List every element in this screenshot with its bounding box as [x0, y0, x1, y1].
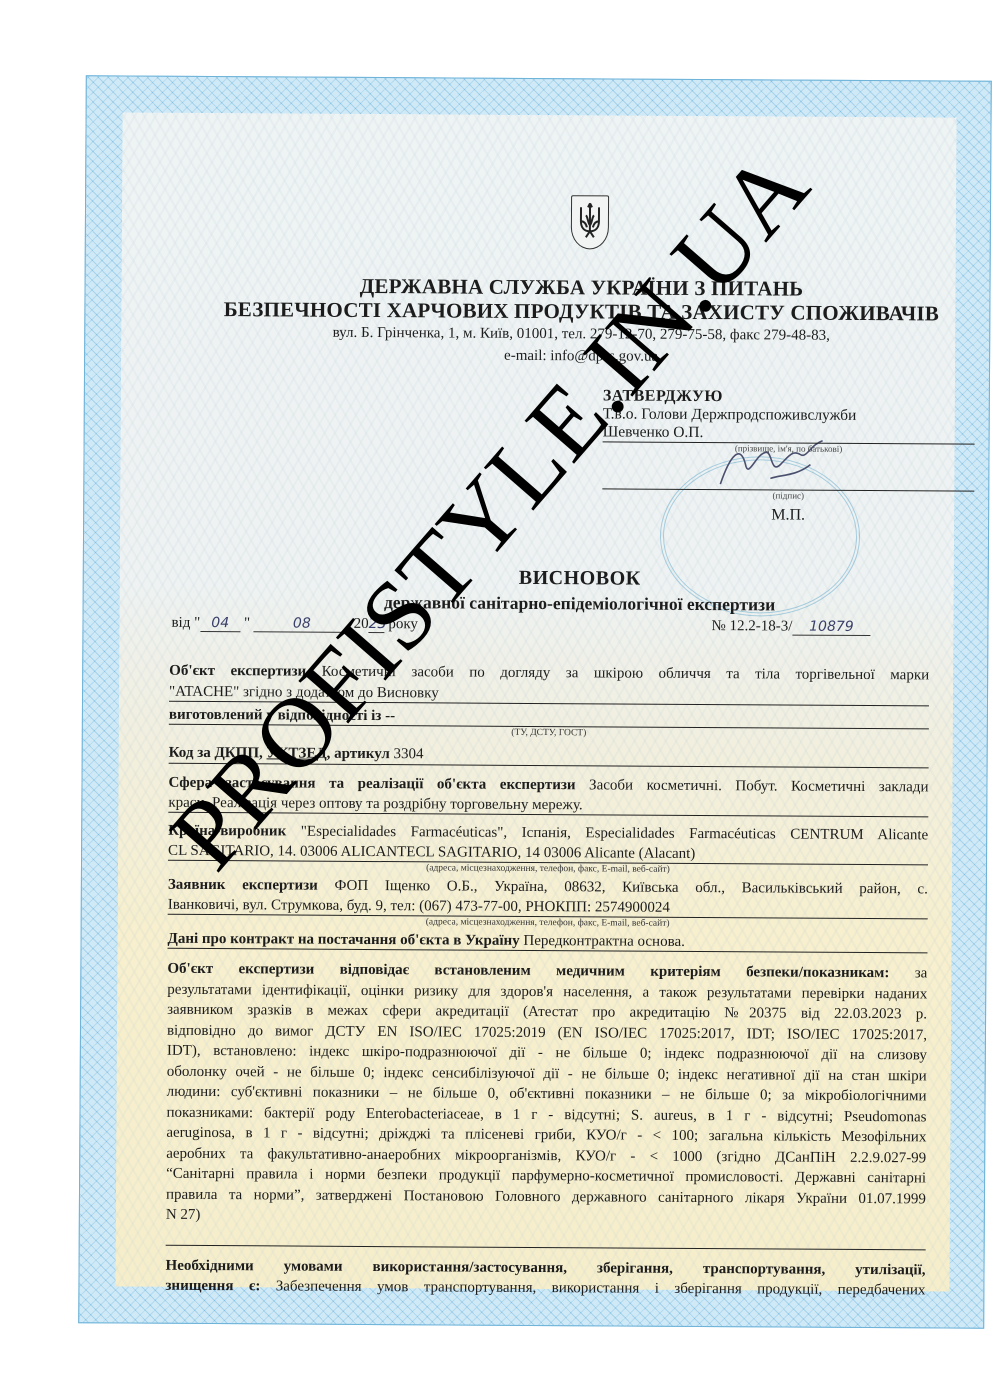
conditions-line2: знищення є: Забезпечення умов транспорту… — [165, 1276, 925, 1301]
country-label: Країна-виробник — [168, 823, 286, 840]
code-label-ukzed: УКТЗЕД — [266, 745, 326, 761]
agency-address: вул. Б. Грінченка, 1, м. Київ, 01001, те… — [201, 324, 961, 346]
seal-placeholder: М.П. — [602, 505, 974, 525]
date-year-suffix: 23 — [369, 616, 385, 633]
applicant-label: Заявник експертизи — [168, 877, 318, 894]
date-suffix: року — [388, 616, 418, 632]
document-subtitle: державної санітарно-епідеміологічної екс… — [200, 591, 960, 617]
certificate-content: ДЕРЖАВНА СЛУЖБА УКРАЇНИ З ПИТАНЬ БЕЗПЕЧН… — [165, 113, 932, 1292]
approval-block: ЗАТВЕРДЖУЮ Т.в.о. Голови Держпродспоживс… — [602, 387, 975, 525]
scope-value-line1: Засоби косметичні. Побут. Косметичні зак… — [589, 777, 929, 795]
compliance-body: результатами ідентифікації, оцінки ризик… — [173, 113, 933, 118]
conditions-label-line2: знищення є: — [165, 1278, 260, 1295]
country-value-line1: "Especialidades Farmacéuticas", Іспанія,… — [301, 824, 928, 844]
applicant-value-line1: ФОП Іщенко О.Б., Україна, 08632, Київськ… — [334, 878, 927, 898]
certificate-sheet: ДЕРЖАВНА СЛУЖБА УКРАЇНИ З ПИТАНЬ БЕЗПЕЧН… — [78, 75, 992, 1329]
compliance-text-0: за — [915, 965, 928, 981]
object-value-line1: Косметичні засоби по догляду за шкірою о… — [322, 664, 930, 684]
code-label-part3: , артикул — [327, 746, 390, 762]
approval-heading: ЗАТВЕРДЖУЮ — [603, 387, 975, 407]
date-prefix: від " — [171, 615, 200, 631]
agency-email: e-mail: info@dpss.gov.ua — [201, 346, 961, 368]
agency-name-line2: БЕЗПЕЧНОСТІ ХАРЧОВИХ ПРОДУКТІВ ТА ЗАХИСТ… — [201, 297, 961, 327]
scope-label: Сфера застосування та реалізації об'єкта… — [168, 775, 575, 793]
document-number: № 12.2-18-3/10879 — [711, 618, 870, 636]
compliance-label: Об'єкт експертизи відповідає встановлени… — [167, 961, 889, 981]
document-title: ВИСНОВОК — [200, 565, 960, 593]
date-day: 04 — [200, 615, 240, 632]
signature-caption: (підпис) — [602, 489, 974, 501]
manufactured-text: виготовлений у відповідності із -- — [169, 707, 395, 724]
approver-name: Шевченко О.П. — [603, 423, 975, 443]
document-number-value: 10879 — [792, 619, 870, 636]
compliance-rule — [166, 1245, 926, 1251]
object-label: Об'єкт експертизи — [169, 663, 306, 680]
conditions-value-line2: Забезпечення умов транспортування, викор… — [276, 1278, 926, 1298]
date-year-prefix: 20 — [354, 616, 369, 632]
document-number-prefix: № 12.2-18-3/ — [711, 618, 792, 634]
date-number-line: від "04 " 08 2023 року № 12.2-18-3/10879 — [171, 615, 931, 637]
certificate-body: ДЕРЖАВНА СЛУЖБА УКРАЇНИ З ПИТАНЬ БЕЗПЕЧН… — [115, 112, 956, 1291]
approver-position: Т.в.о. Голови Держпродспоживслужби — [603, 405, 975, 425]
code-value: 3304 — [394, 746, 424, 762]
contract-label: Дані про контракт на постачання об'єкта … — [167, 931, 519, 949]
coat-of-arms-icon — [571, 195, 609, 249]
date-month: 08 — [254, 615, 350, 633]
contract-value: Передконтрактна основа. — [523, 933, 685, 950]
code-label-part1: Код за ДКПП, — [169, 745, 267, 762]
compliance-text-12: N 27) — [166, 1205, 926, 1230]
